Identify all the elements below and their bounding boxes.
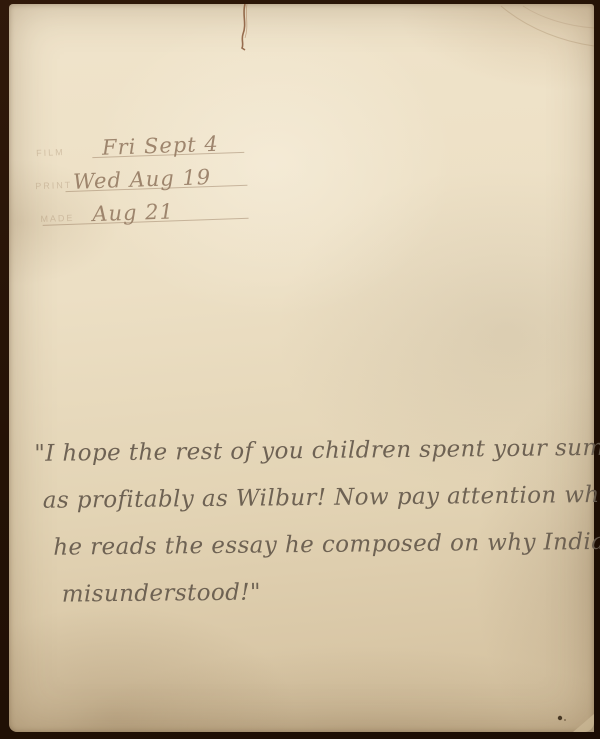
tear-mark: [242, 4, 245, 50]
speck: [558, 716, 562, 720]
caption-line: as profitably as Wilbur! Now pay attenti…: [43, 472, 593, 525]
photo-back-paper: FILM Fri Sept 4 PRINT Wed Aug 19 MADE Au…: [9, 4, 594, 732]
crease-mark: [523, 6, 594, 28]
tear-mark-shadow: [245, 4, 247, 38]
photo-backdrop: FILM Fri Sept 4 PRINT Wed Aug 19 MADE Au…: [0, 0, 600, 739]
date-line: MADE Aug 21: [32, 189, 222, 229]
paper-damage-marks: [9, 4, 594, 732]
date-annotations: FILM Fri Sept 4 PRINT Wed Aug 19 MADE Au…: [29, 123, 221, 229]
crease-mark: [501, 6, 594, 46]
corner-chip: [573, 714, 594, 732]
caption-line: "I hope the rest of you children spent y…: [34, 425, 592, 478]
processing-stamp: FILM: [36, 147, 65, 158]
caption-line: misunderstood!": [62, 566, 594, 619]
processing-stamp: PRINT: [35, 180, 72, 191]
processing-stamp: MADE: [40, 213, 74, 224]
handwritten-caption: "I hope the rest of you children spent y…: [26, 425, 594, 619]
caption-line: he reads the essay he composed on why In…: [53, 519, 593, 572]
speck: [564, 719, 566, 721]
